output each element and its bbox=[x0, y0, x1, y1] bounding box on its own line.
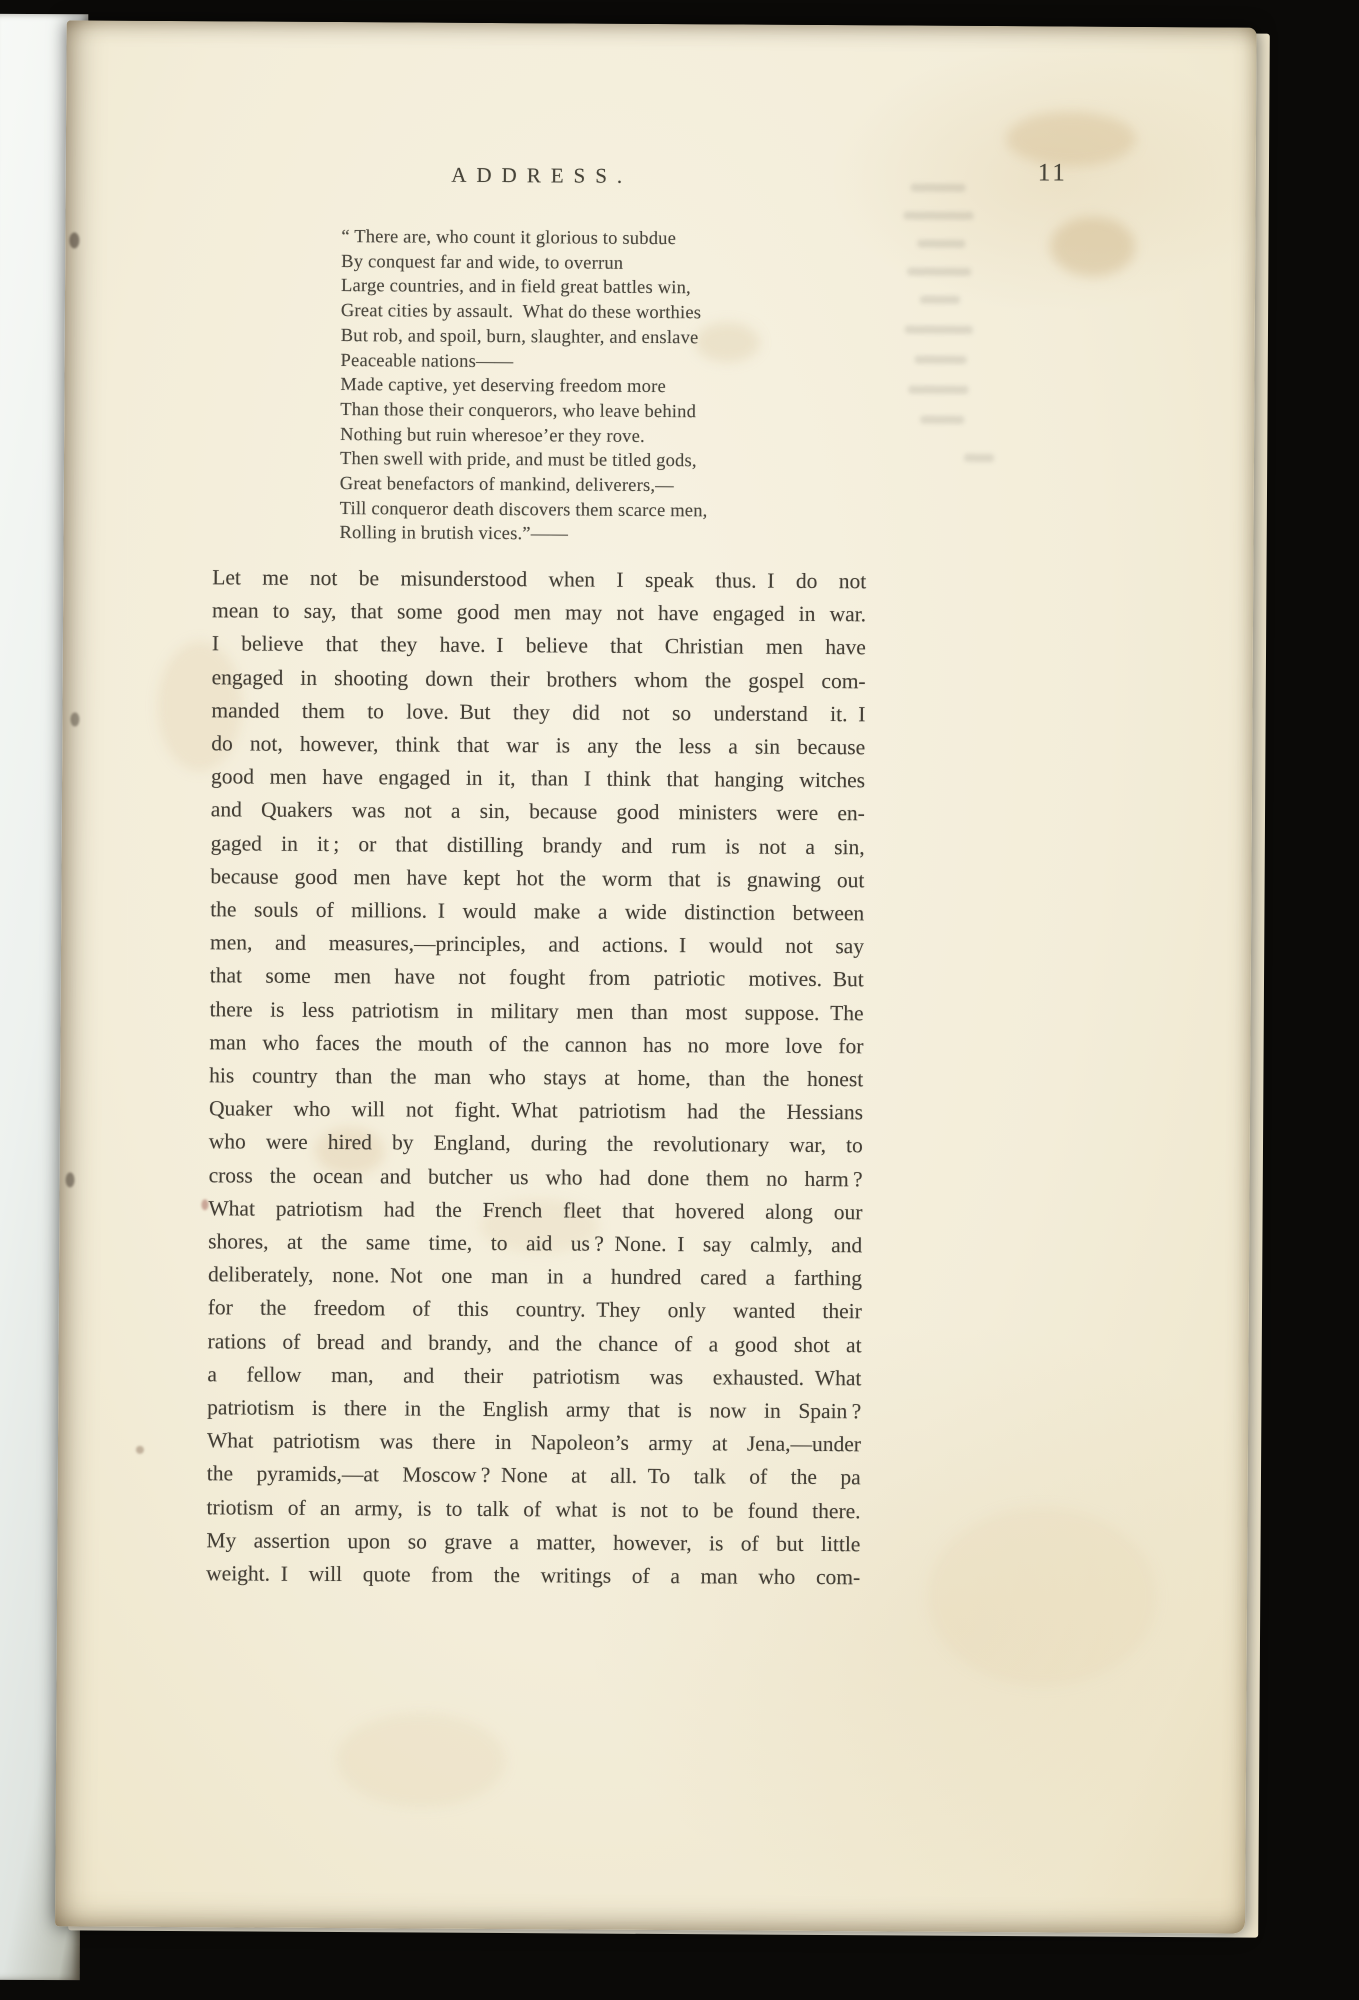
poem-line: By conquest far and wide, to overrun bbox=[341, 250, 709, 277]
body-text-line: mean to say, that some good men may not … bbox=[212, 594, 866, 631]
body-text-line: weight. I will quote from the writings o… bbox=[206, 1557, 860, 1594]
poem-line: Large countries, and in field great batt… bbox=[341, 274, 709, 301]
foxing-stain bbox=[927, 1506, 1158, 1687]
poem-line: “ There are, who count it glorious to su… bbox=[341, 225, 709, 252]
body-text-line: and Quakers was not a sin, because good … bbox=[211, 794, 865, 831]
binding-stitch bbox=[70, 712, 79, 726]
running-header: ADDRESS. bbox=[216, 161, 868, 190]
bleedthrough-mark bbox=[917, 240, 965, 248]
body-text-line: Quaker who will not fight. What patrioti… bbox=[209, 1093, 863, 1130]
bleedthrough-mark bbox=[920, 416, 964, 424]
binding-stitch bbox=[66, 1172, 75, 1187]
poem-line: Than those their conquerors, who leave b… bbox=[340, 398, 708, 425]
body-text-line: What patriotism was there in Napoleon’s … bbox=[207, 1425, 861, 1462]
body-text-line: gaged in it ; or that distilling brandy … bbox=[211, 827, 865, 864]
poem-line: Then swell with pride, and must be title… bbox=[340, 447, 708, 474]
poem-quote: “ There are, who count it glorious to su… bbox=[339, 225, 709, 548]
bleedthrough-mark bbox=[905, 326, 973, 334]
poem-line: Great cities by assault. What do these w… bbox=[341, 299, 709, 326]
foxing-stain bbox=[1050, 216, 1135, 277]
poem-line: Made captive, yet deserving freedom more bbox=[340, 373, 708, 400]
body-text-line: manded them to love. But they did not so… bbox=[211, 694, 865, 731]
body-text-line: the souls of millions. I would make a wi… bbox=[210, 893, 864, 930]
body-text-line: cross the ocean and butcher us who had d… bbox=[209, 1159, 863, 1196]
body-text-line: triotism of an army, is to talk of what … bbox=[206, 1491, 860, 1528]
poem-line: Great benefactors of mankind, deliverers… bbox=[340, 472, 708, 499]
bleedthrough-mark bbox=[911, 184, 966, 192]
body-text-line: his country than the man who stays at ho… bbox=[209, 1059, 863, 1096]
body-text-line: What patriotism had the French fleet tha… bbox=[208, 1192, 862, 1229]
book-page: ADDRESS. 11 “ There are, who count it gl… bbox=[55, 20, 1257, 1933]
body-text-line: that some men have not fought from patri… bbox=[210, 960, 864, 997]
foxing-stain bbox=[1006, 111, 1136, 167]
body-text-line: because good men have kept hot the worm … bbox=[210, 860, 864, 897]
body-text-line: the pyramids,—at Moscow ? None at all. T… bbox=[207, 1458, 861, 1495]
poem-line: But rob, and spoil, burn, slaughter, and… bbox=[341, 324, 709, 351]
bleedthrough-mark bbox=[908, 386, 968, 394]
body-text-line: who were hired by England, during the re… bbox=[209, 1126, 863, 1163]
foxing-stain bbox=[336, 1712, 507, 1808]
paper-speck bbox=[201, 1199, 208, 1210]
binding-stitch bbox=[69, 232, 79, 248]
poem-line: Rolling in brutish vices.”—— bbox=[339, 521, 707, 548]
photo-background: { "page": { "header": "ADDRESS.", "page_… bbox=[0, 0, 1359, 2000]
body-text-line: good men have engaged in it, than I thin… bbox=[211, 760, 865, 797]
body-text-line: there is less patriotism in military men… bbox=[210, 993, 864, 1030]
body-text-line: Let me not be misunderstood when I speak… bbox=[212, 561, 866, 598]
bleedthrough-mark bbox=[920, 296, 960, 304]
body-text-line: I believe that they have. I believe that… bbox=[212, 628, 866, 665]
body-text-line: men, and measures,—principles, and actio… bbox=[210, 927, 864, 964]
body-text-line: deliberately, none. Not one man in a hun… bbox=[208, 1259, 862, 1296]
body-text-line: do not, however, think that war is any t… bbox=[211, 727, 865, 764]
book-photo: ADDRESS. 11 “ There are, who count it gl… bbox=[0, 0, 1359, 2000]
body-text-line: rations of bread and brandy, and the cha… bbox=[207, 1325, 861, 1362]
paper-speck bbox=[136, 1446, 144, 1454]
body-text-line: man who faces the mouth of the cannon ha… bbox=[209, 1026, 863, 1063]
bleedthrough-mark bbox=[903, 211, 973, 219]
page-number: 11 bbox=[1038, 159, 1068, 187]
poem-line: Till conqueror death discovers them scar… bbox=[340, 497, 708, 524]
bleedthrough-mark bbox=[964, 454, 994, 462]
poem-line: Peaceable nations—— bbox=[341, 349, 709, 376]
body-text-line: engaged in shooting down their brothers … bbox=[212, 661, 866, 698]
body-text-line: My assertion upon so grave a matter, how… bbox=[206, 1524, 860, 1561]
poem-line: Nothing but ruin wheresoe’er they rove. bbox=[340, 423, 708, 450]
bleedthrough-mark bbox=[915, 356, 967, 364]
body-text-line: patriotism is there in the English army … bbox=[207, 1391, 861, 1428]
bleedthrough-mark bbox=[907, 268, 971, 276]
body-text-line: shores, at the same time, to aid us ? No… bbox=[208, 1225, 862, 1262]
body-paragraph: Let me not be misunderstood when I speak… bbox=[206, 561, 866, 1594]
body-text-line: a fellow man, and their patriotism was e… bbox=[207, 1358, 861, 1395]
body-text-line: for the freedom of this country. They on… bbox=[208, 1292, 862, 1329]
